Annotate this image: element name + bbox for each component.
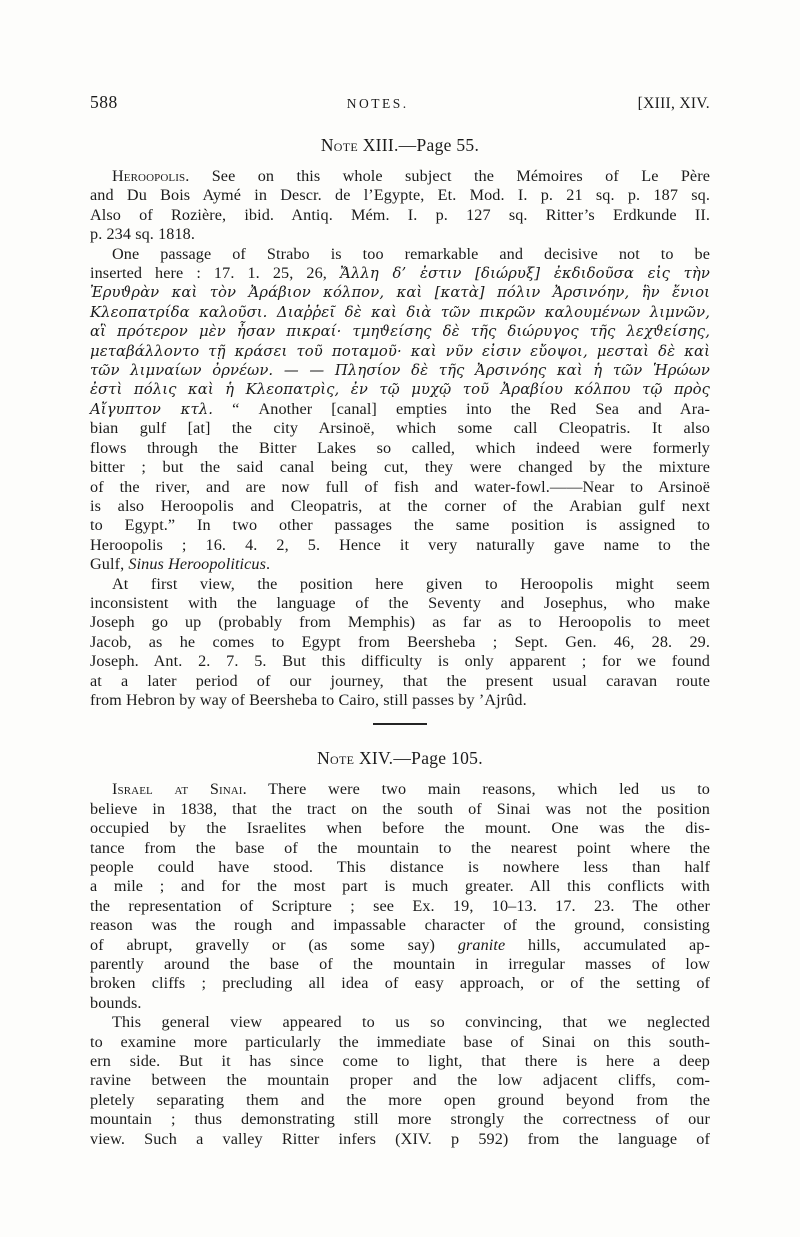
text-line: mountain ; thus demonstrating still more… (90, 1110, 710, 1129)
text-segment: of abrupt, gravelly or (as some say) (90, 936, 458, 954)
text-line: αἳ πρότερον μὲν ἦσαν πικραί· τμηϑείσης δ… (90, 322, 710, 341)
text-line: bounds. (90, 994, 710, 1013)
text-line: inconsistent with the language of the Se… (90, 594, 710, 613)
italic-text: granite (458, 936, 505, 954)
text-segment: Jacob, as he comes to Egypt from Beershe… (90, 633, 710, 651)
text-line: Κλεοπατρίδα καλοῦσι. Διαῤῥεῖ δὲ καὶ διὰ … (90, 303, 710, 322)
text-line: μεταβάλλοντο τῇ κράσει τοῦ ποταμοῦ· καὶ … (90, 342, 710, 361)
text-segment: p. 234 sq. 1818. (90, 225, 195, 243)
text-segment: broken cliffs ; precluding all idea of e… (90, 974, 710, 992)
smallcaps-text: Note (321, 135, 363, 155)
paragraph: One passage of Strabo is too remarkable … (90, 245, 710, 575)
greek-text: Ἄλλη δ’ ἐστιν [διώρυξ] ἐκδιδοῦσα εἰς τὴν (340, 265, 710, 282)
text-line: to Egypt.” In two other passages the sam… (90, 516, 710, 535)
greek-text: Αἴγυπτον κτλ. (90, 401, 213, 418)
text-line: of the river, and are now full of fish a… (90, 478, 710, 497)
running-title: NOTES. (347, 96, 409, 112)
text-segment: parently around the base of the mountain… (90, 955, 710, 973)
text-segment: Joseph go up (probably from Memphis) as … (90, 613, 710, 631)
text-line: from Hebron by way of Beersheba to Cairo… (90, 691, 710, 710)
text-segment: There were two main reasons, which led u… (247, 780, 710, 798)
text-line: At first view, the position here given t… (90, 575, 710, 594)
text-line: Joseph go up (probably from Memphis) as … (90, 613, 710, 632)
text-line: is also Heroopolis and Cleopatris, at th… (90, 497, 710, 516)
text-segment: ern side. But it has since come to light… (90, 1052, 710, 1070)
text-segment: from Hebron by way of Beersheba to Cairo… (90, 691, 527, 709)
section-divider (373, 723, 427, 725)
text-line: view. Such a valley Ritter infers (XIV. … (90, 1130, 710, 1149)
text-segment: mountain ; thus demonstrating still more… (90, 1110, 710, 1128)
smallcaps-text: Heroopolis. (112, 167, 189, 185)
text-line: flows through the Bitter Lakes so called… (90, 439, 710, 458)
text-segment: is also Heroopolis and Cleopatris, at th… (90, 497, 710, 515)
text-line: and Du Bois Aymé in Descr. de l’Egypte, … (90, 186, 710, 205)
text-segment: XIV.—Page 105. (359, 748, 483, 768)
text-segment: bounds. (90, 994, 142, 1012)
greek-text: Ἐρυϑρὰν καὶ τὸν Ἀράβιον κόλπον, καὶ [κατ… (90, 284, 710, 301)
text-segment: the representation of Scripture ; see Ex… (90, 897, 710, 915)
text-segment: bitter ; but the said canal being cut, t… (90, 458, 710, 476)
text-segment: believe in 1838, that the tract on the s… (90, 800, 710, 818)
text-segment: to examine more particularly the immedia… (90, 1033, 710, 1051)
note-heading: Note XIII.—Page 55. (90, 135, 710, 156)
text-segment: Joseph. Ant. 2. 7. 5. But this difficult… (90, 652, 710, 670)
text-segment: See on this whole subject the Mémoires o… (189, 167, 710, 185)
greek-text: ἐστὶ πόλις καὶ ἡ Κλεοπατρὶς, ἐν τῷ μυχῷ … (90, 381, 710, 398)
text-segment: One passage of Strabo is too remarkable … (112, 245, 710, 263)
page-number: 588 (90, 92, 118, 113)
text-line: One passage of Strabo is too remarkable … (90, 245, 710, 264)
text-segment: . (266, 555, 270, 573)
text-segment: bian gulf [at] the city Arsinoë, which s… (90, 419, 710, 437)
text-line: the representation of Scripture ; see Ex… (90, 897, 710, 916)
text-segment: tance from the base of the mountain to t… (90, 839, 710, 857)
text-segment: XIII.—Page 55. (363, 135, 479, 155)
text-segment: inconsistent with the language of the Se… (90, 594, 710, 612)
text-segment: reason was the rough and impassable char… (90, 916, 710, 934)
text-line: τῶν λιμναίων ὀρνέων. — — Πλησίον δὲ τῆς … (90, 361, 710, 380)
text-segment: and Du Bois Aymé in Descr. de l’Egypte, … (90, 186, 710, 204)
paragraph: Israel at Sinai. There were two main rea… (90, 780, 710, 1013)
page-body: Note XIII.—Page 55.Heroopolis. See on th… (90, 135, 710, 1149)
text-segment: Gulf, (90, 555, 128, 573)
paragraph: This general view appeared to us so conv… (90, 1013, 710, 1149)
text-segment: inserted here : 17. 1. 25, 26, (90, 264, 340, 282)
text-line: Ἐρυϑρὰν καὶ τὸν Ἀράβιον κόλπον, καὶ [κατ… (90, 283, 710, 302)
paragraph: Heroopolis. See on this whole subject th… (90, 167, 710, 245)
text-line: Gulf, Sinus Heroopoliticus. (90, 555, 710, 574)
text-segment: Also of Rozière, ibid. Antiq. Mém. I. p.… (90, 206, 710, 224)
greek-text: αἳ πρότερον μὲν ἦσαν πικραί· τμηϑείσης δ… (90, 323, 710, 340)
text-segment: At first view, the position here given t… (112, 575, 710, 593)
text-line: Also of Rozière, ibid. Antiq. Mém. I. p.… (90, 206, 710, 225)
text-line: parently around the base of the mountain… (90, 955, 710, 974)
text-line: ἐστὶ πόλις καὶ ἡ Κλεοπατρὶς, ἐν τῷ μυχῷ … (90, 380, 710, 399)
text-segment: “ Another [canal] empties into the Red S… (213, 400, 710, 418)
text-segment: people could have stood. This distance i… (90, 858, 710, 876)
text-segment: ravine between the mountain proper and t… (90, 1071, 710, 1089)
greek-text: Κλεοπατρίδα καλοῦσι. Διαῤῥεῖ δὲ καὶ διὰ … (90, 304, 710, 321)
text-line: Jacob, as he comes to Egypt from Beershe… (90, 633, 710, 652)
text-line: inserted here : 17. 1. 25, 26, Ἄλλη δ’ ἐ… (90, 264, 710, 283)
text-line: Αἴγυπτον κτλ. “ Another [canal] empties … (90, 400, 710, 419)
text-line: bitter ; but the said canal being cut, t… (90, 458, 710, 477)
text-line: Heroopolis. See on this whole subject th… (90, 167, 710, 186)
section-reference: [XIII, XIV. (638, 95, 710, 113)
text-line: Israel at Sinai. There were two main rea… (90, 780, 710, 799)
greek-text: μεταβάλλοντο τῇ κράσει τοῦ ποταμοῦ· καὶ … (90, 343, 710, 360)
text-line: bian gulf [at] the city Arsinoë, which s… (90, 419, 710, 438)
text-line: This general view appeared to us so conv… (90, 1013, 710, 1032)
text-line: pletely separating them and the more ope… (90, 1091, 710, 1110)
text-line: occupied by the Israelites when before t… (90, 819, 710, 838)
text-line: tance from the base of the mountain to t… (90, 839, 710, 858)
text-segment: of the river, and are now full of fish a… (90, 478, 710, 496)
greek-text: τῶν λιμναίων ὀρνέων. — — Πλησίον δὲ τῆς … (90, 362, 710, 379)
text-line: believe in 1838, that the tract on the s… (90, 800, 710, 819)
page-header: 588 NOTES. [XIII, XIV. (90, 92, 710, 112)
smallcaps-text: Israel at Sinai. (112, 780, 247, 798)
text-line: ravine between the mountain proper and t… (90, 1071, 710, 1090)
text-line: at a later period of our journey, that t… (90, 672, 710, 691)
paragraph: At first view, the position here given t… (90, 575, 710, 711)
text-line: p. 234 sq. 1818. (90, 225, 710, 244)
text-segment: at a later period of our journey, that t… (90, 672, 710, 690)
italic-text: Sinus Heroopoliticus (128, 555, 266, 573)
text-segment: to Egypt.” In two other passages the sam… (90, 516, 710, 534)
text-segment: This general view appeared to us so conv… (112, 1013, 710, 1031)
text-segment: hills, accumulated ap- (505, 936, 710, 954)
text-line: to examine more particularly the immedia… (90, 1033, 710, 1052)
note-heading: Note XIV.—Page 105. (90, 748, 710, 769)
text-line: a mile ; and for the most part is much g… (90, 877, 710, 896)
text-line: reason was the rough and impassable char… (90, 916, 710, 935)
book-page: 588 NOTES. [XIII, XIV. Note XIII.—Page 5… (0, 0, 800, 1237)
text-line: ern side. But it has since come to light… (90, 1052, 710, 1071)
text-line: Joseph. Ant. 2. 7. 5. But this difficult… (90, 652, 710, 671)
text-line: people could have stood. This distance i… (90, 858, 710, 877)
text-segment: flows through the Bitter Lakes so called… (90, 439, 710, 457)
text-line: of abrupt, gravelly or (as some say) gra… (90, 936, 710, 955)
text-segment: view. Such a valley Ritter infers (XIV. … (90, 1130, 710, 1148)
smallcaps-text: Note (317, 748, 359, 768)
text-line: broken cliffs ; precluding all idea of e… (90, 974, 710, 993)
text-segment: pletely separating them and the more ope… (90, 1091, 710, 1109)
text-segment: Heroopolis ; 16. 4. 2, 5. Hence it very … (90, 536, 710, 554)
text-line: Heroopolis ; 16. 4. 2, 5. Hence it very … (90, 536, 710, 555)
text-segment: occupied by the Israelites when before t… (90, 819, 710, 837)
text-segment: a mile ; and for the most part is much g… (90, 877, 710, 895)
